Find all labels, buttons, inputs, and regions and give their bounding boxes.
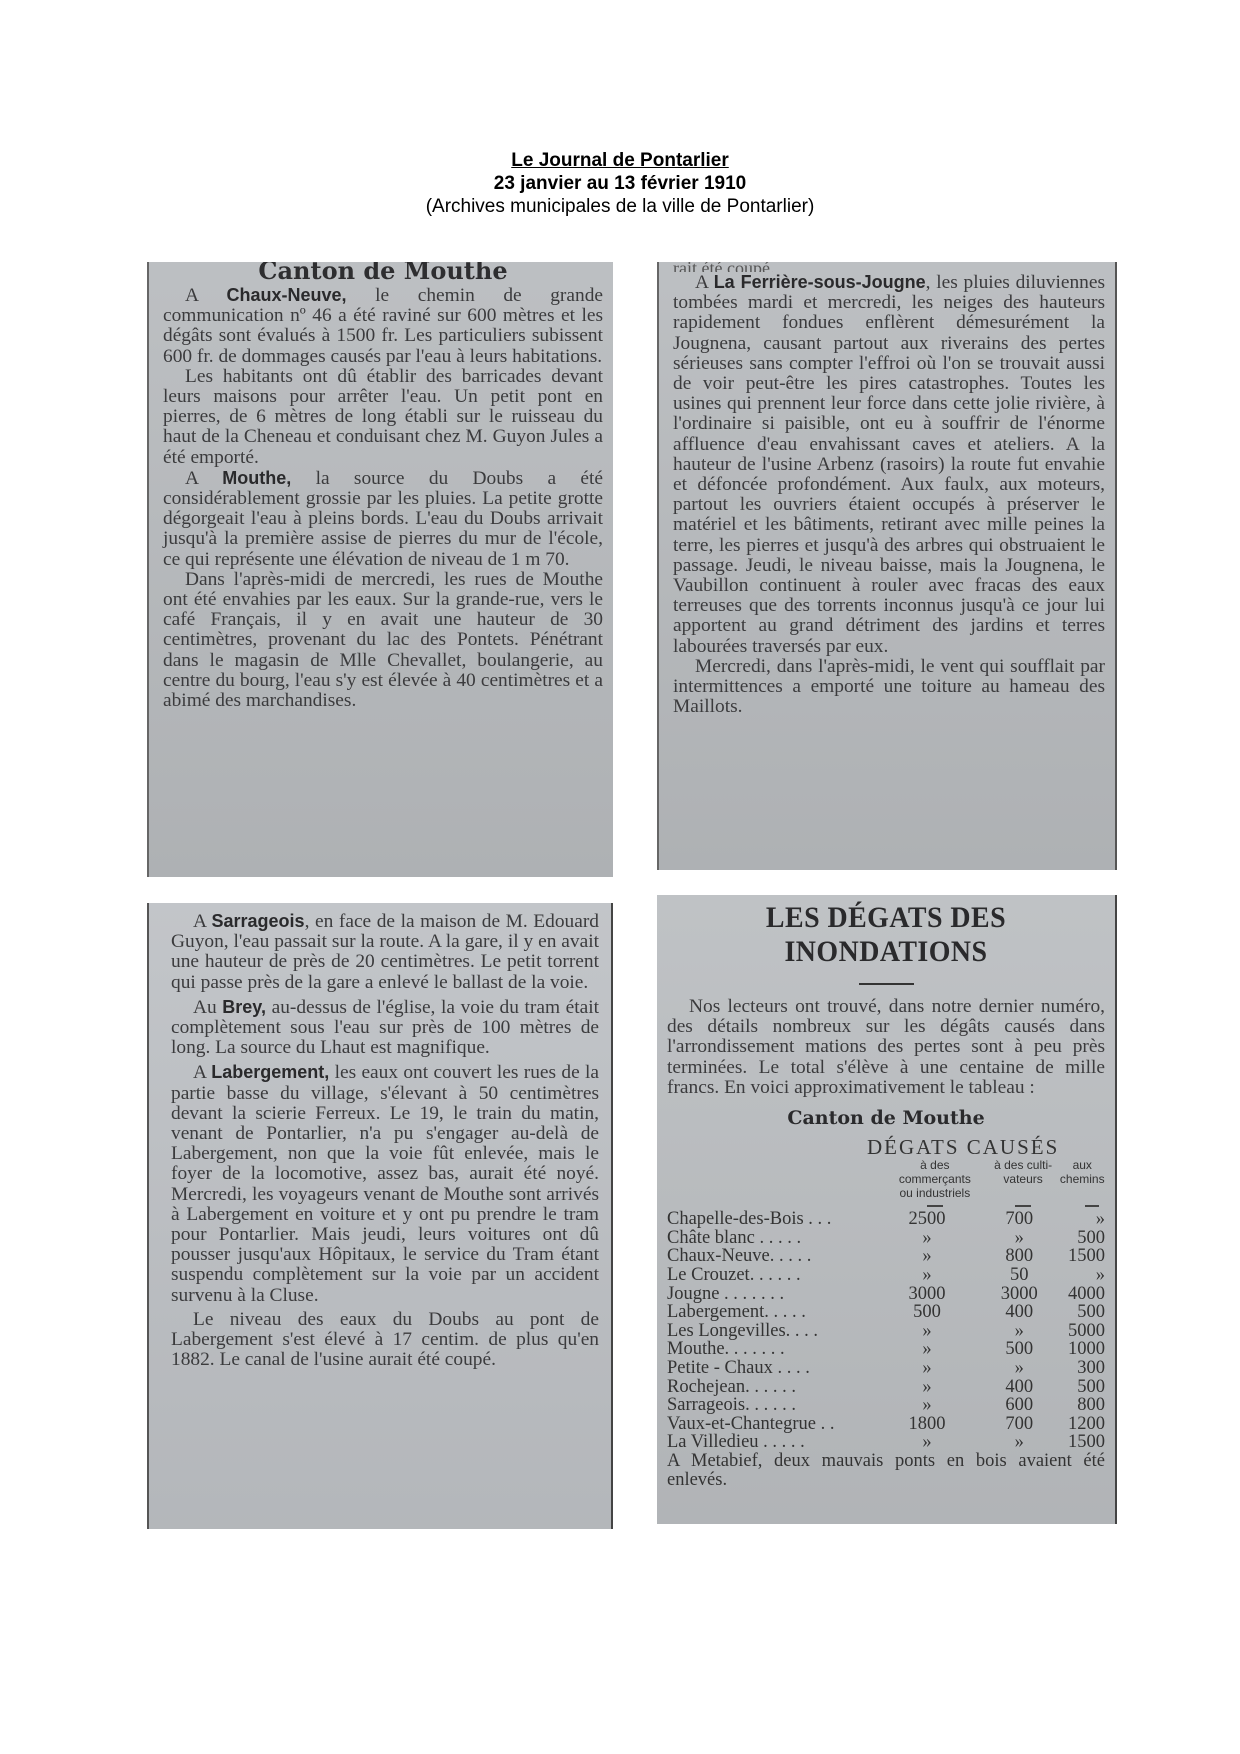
- damage-value: 1200: [1057, 1415, 1105, 1434]
- damage-value: »: [873, 1396, 982, 1415]
- damage-value: 1800: [873, 1415, 982, 1434]
- damage-value: »: [873, 1229, 982, 1248]
- damage-value: »: [981, 1229, 1057, 1248]
- damage-value: 500: [1057, 1229, 1105, 1248]
- damage-value: »: [873, 1378, 982, 1397]
- damage-value: 1500: [1057, 1433, 1105, 1452]
- damage-value: »: [1057, 1210, 1105, 1229]
- damage-table: Chapelle-des-Bois . . .2500700»Châte bla…: [667, 1210, 1105, 1452]
- damage-value: 300: [1057, 1359, 1105, 1378]
- paragraph: A Labergement, les eaux ont couvert les …: [171, 1062, 599, 1305]
- damage-value: »: [873, 1322, 982, 1341]
- title-divider: [859, 983, 914, 985]
- damage-value: »: [981, 1322, 1057, 1341]
- place-name: Sarrageois: [212, 911, 305, 931]
- commune-name: La Villedieu . . . . .: [667, 1433, 873, 1452]
- article-intro: Nos lecteurs ont trouvé, dans notre dern…: [667, 997, 1105, 1098]
- damage-value: »: [873, 1359, 982, 1378]
- paragraph: Le niveau des eaux du Doubs au pont de L…: [171, 1310, 599, 1371]
- damage-value: »: [873, 1340, 982, 1359]
- damage-value: »: [873, 1247, 982, 1266]
- table-row: Vaux-et-Chantegrue . .18007001200: [667, 1415, 1105, 1434]
- damage-value: 2500: [873, 1210, 982, 1229]
- table-row: Rochejean. . . . . .»400500: [667, 1378, 1105, 1397]
- clipping-body: A La Ferrière-sous-Jougne, les pluies di…: [673, 272, 1105, 717]
- damage-value: 400: [981, 1378, 1057, 1397]
- cut-off-line: rait été coupé.: [673, 262, 1105, 272]
- table-row: Jougne . . . . . . .300030004000: [667, 1285, 1105, 1304]
- commune-name: Le Crouzet. . . . . .: [667, 1266, 873, 1285]
- commune-name: Vaux-et-Chantegrue . .: [667, 1415, 873, 1434]
- clipping-degats-inondations: LES DÉGATS DES INONDATIONS Nos lecteurs …: [657, 895, 1117, 1524]
- table-row: Les Longevilles. . . .»»5000: [667, 1322, 1105, 1341]
- paragraph: A Sarrageois, en face de la maison de M.…: [171, 911, 599, 993]
- damage-value: »: [873, 1433, 982, 1452]
- commune-name: Rochejean. . . . . .: [667, 1378, 873, 1397]
- column-header: à des commerçants ou industriels: [883, 1158, 987, 1200]
- damage-value: 600: [981, 1396, 1057, 1415]
- damage-value: 500: [873, 1303, 982, 1322]
- table-row: Chapelle-des-Bois . . .2500700»: [667, 1210, 1105, 1229]
- document-source: (Archives municipales de la ville de Pon…: [0, 196, 1240, 218]
- paragraph: A La Ferrière-sous-Jougne, les pluies di…: [673, 272, 1105, 657]
- damage-value: »: [1057, 1266, 1105, 1285]
- place-name: Mouthe,: [222, 468, 291, 488]
- damage-value: 1000: [1057, 1340, 1105, 1359]
- commune-name: Petite - Chaux . . . .: [667, 1359, 873, 1378]
- commune-name: Les Longevilles. . . .: [667, 1322, 873, 1341]
- table-row: Le Crouzet. . . . . .»50»: [667, 1266, 1105, 1285]
- damage-value: 500: [981, 1340, 1057, 1359]
- document-title: Le Journal de Pontarlier: [0, 150, 1240, 172]
- paragraph: Mercredi, dans l'après-midi, le vent qui…: [673, 657, 1105, 718]
- clipping-heading: Canton de Mouthe: [163, 262, 603, 285]
- clipping-la-ferriere: rait été coupé. A La Ferrière-sous-Jougn…: [657, 262, 1117, 870]
- commune-name: Jougne . . . . . . .: [667, 1285, 873, 1304]
- damage-value: 400: [981, 1303, 1057, 1322]
- table-heading: DÉGATS CAUSÉS: [867, 1136, 1105, 1158]
- damage-value: »: [873, 1266, 982, 1285]
- commune-name: Labergement. . . . .: [667, 1303, 873, 1322]
- commune-name: Sarrageois. . . . . .: [667, 1396, 873, 1415]
- paragraph: Au Brey, au-dessus de l'église, la voie …: [171, 997, 599, 1059]
- column-header: aux chemins: [1060, 1158, 1105, 1200]
- damage-value: 800: [981, 1247, 1057, 1266]
- clipping-body: A Chaux-Neuve, le chemin de grande commu…: [163, 285, 603, 711]
- table-row: Sarrageois. . . . . .»600800: [667, 1396, 1105, 1415]
- damage-value: 4000: [1057, 1285, 1105, 1304]
- table-row: Châte blanc . . . . .»»500: [667, 1229, 1105, 1248]
- damage-value: »: [981, 1359, 1057, 1378]
- damage-value: 500: [1057, 1378, 1105, 1397]
- document-dates: 23 janvier au 13 février 1910: [0, 173, 1240, 195]
- damage-value: 5000: [1057, 1322, 1105, 1341]
- clipping-sarrageois-labergement: A Sarrageois, en face de la maison de M.…: [147, 903, 613, 1529]
- table-title: Canton de Mouthe: [667, 1108, 1105, 1128]
- damage-value: 3000: [981, 1285, 1057, 1304]
- damage-value: 800: [1057, 1396, 1105, 1415]
- place-name: Labergement,: [211, 1062, 329, 1082]
- place-name: Chaux-Neuve,: [227, 285, 347, 305]
- damage-value: 3000: [873, 1285, 982, 1304]
- damage-value: 50: [981, 1266, 1057, 1285]
- paragraph: A Mouthe, la source du Doubs a été consi…: [163, 468, 603, 570]
- damage-value: »: [981, 1433, 1057, 1452]
- table-column-headers: à des commerçants ou industriels à des c…: [883, 1158, 1105, 1200]
- table-row: Mouthe. . . . . . .»5001000: [667, 1340, 1105, 1359]
- clipping-canton-de-mouthe: Canton de Mouthe A Chaux-Neuve, le chemi…: [147, 262, 613, 877]
- commune-name: Chapelle-des-Bois . . .: [667, 1210, 873, 1229]
- article-title: LES DÉGATS DES INONDATIONS: [682, 901, 1089, 969]
- damage-value: 700: [981, 1415, 1057, 1434]
- place-name: La Ferrière-sous-Jougne: [714, 272, 926, 292]
- place-name: Brey,: [222, 997, 266, 1017]
- damage-value: 700: [981, 1210, 1057, 1229]
- clipping-body: A Sarrageois, en face de la maison de M.…: [171, 911, 599, 1370]
- table-footnote: A Metabief, deux mauvais ponts en bois a…: [667, 1452, 1105, 1490]
- table-row: Petite - Chaux . . . .»»300: [667, 1359, 1105, 1378]
- table-row: Labergement. . . . .500400500: [667, 1303, 1105, 1322]
- commune-name: Châte blanc . . . . .: [667, 1229, 873, 1248]
- column-header: à des culti- vateurs: [987, 1158, 1060, 1200]
- damage-value: 1500: [1057, 1247, 1105, 1266]
- damage-value: 500: [1057, 1303, 1105, 1322]
- paragraph: A Chaux-Neuve, le chemin de grande commu…: [163, 285, 603, 367]
- paragraph: Les habitants ont dû établir des barrica…: [163, 367, 603, 468]
- commune-name: Chaux-Neuve. . . . .: [667, 1247, 873, 1266]
- table-row: La Villedieu . . . . .»»1500: [667, 1433, 1105, 1452]
- paragraph: Dans l'après-midi de mercredi, les rues …: [163, 570, 603, 711]
- table-row: Chaux-Neuve. . . . .»8001500: [667, 1247, 1105, 1266]
- commune-name: Mouthe. . . . . . .: [667, 1340, 873, 1359]
